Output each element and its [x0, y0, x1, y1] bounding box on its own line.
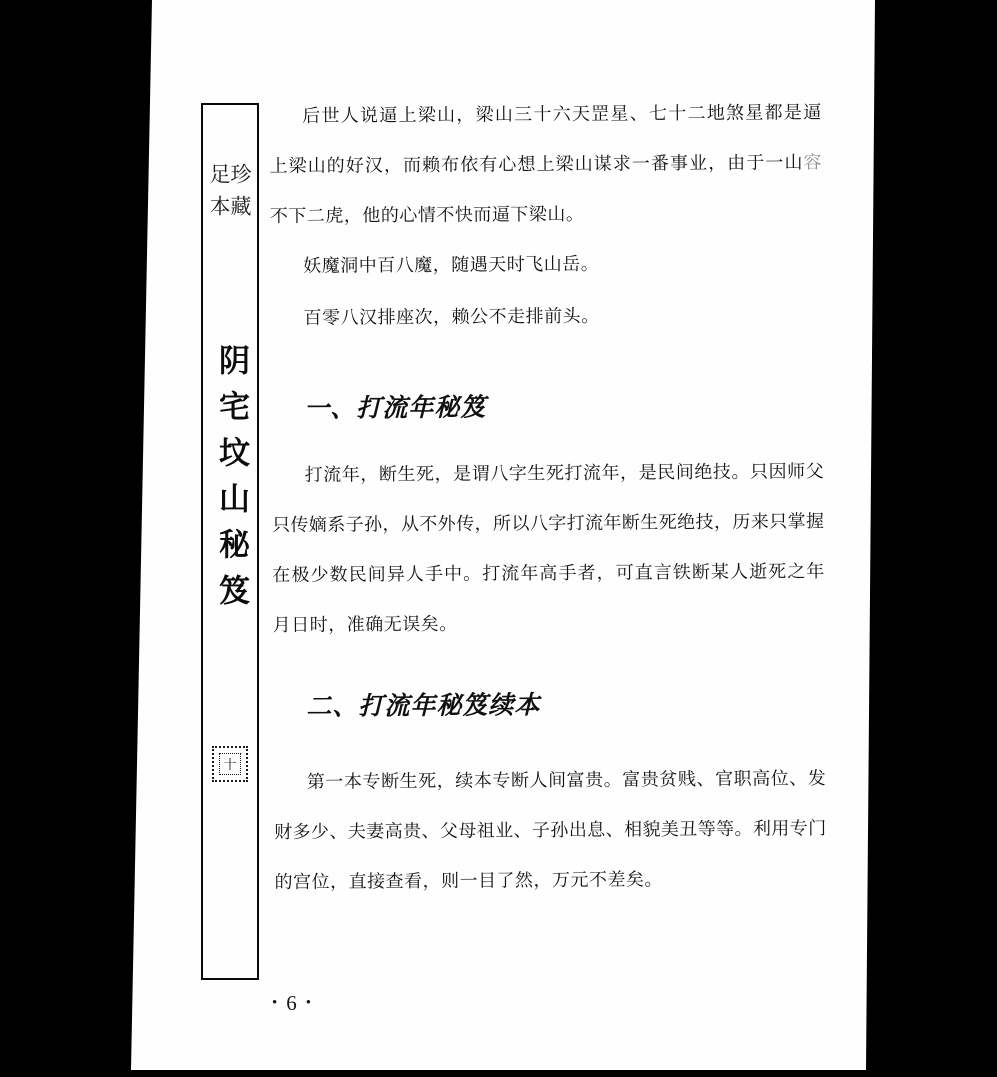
- body-line: 上梁山的好汉，而赖布依有心想上梁山谋求一番事业，由于一山容: [269, 149, 821, 179]
- section-heading-2: 二、打流年秘笈续本: [273, 689, 825, 723]
- body-line-text: 上梁山的好汉，而赖布依有心想上梁山谋求一番事业，由于一山: [269, 152, 803, 176]
- faded-character: 容: [803, 152, 821, 172]
- page-number-value: 6: [286, 991, 297, 1015]
- body-line: 后世人说逼上梁山，梁山三十六天罡星、七十二地煞星都是逼: [269, 99, 821, 129]
- body-line: 妖魔洞中百八魔，随遇天时飞山岳。: [270, 249, 822, 279]
- scanned-book-page: 珍藏足本 阴宅坟山秘笈 十 后世人说逼上梁山，梁山三十六天罡星、七十二地煞星都是…: [0, 0, 997, 1077]
- body-line: 百零八汉排座次，赖公不走排前头。: [270, 301, 822, 331]
- body-line: 在极少数民间异人手中。打流年高手者，可直言铁断某人逝死之年: [272, 558, 824, 588]
- body-line: 第一本专断生死，续本专断人间富贵。富贵贫贱、官职高位、发: [274, 765, 826, 795]
- body-line: 财多少、夫妻高贵、父母祖业、子孙出息、相貌美丑等等。利用专门: [274, 815, 826, 845]
- page-number-bullet: •: [272, 991, 277, 1015]
- body-line: 月日时，准确无误矣。: [273, 608, 825, 638]
- body-text-block: 后世人说逼上梁山，梁山三十六天罡星、七十二地煞星都是逼 上梁山的好汉，而赖布依有…: [0, 0, 997, 1077]
- body-line: 只传嫡系子孙，从不外传，所以八字打流年断生死绝技，历来只掌握: [272, 508, 824, 538]
- body-line smudge: 打流年，断生死，是谓八字生死打流年，是民间绝技。只因师父: [272, 458, 824, 488]
- body-line: 不下二虎，他的心情不快而逼下梁山。: [270, 199, 822, 229]
- page-number: • 6 •: [272, 991, 392, 1015]
- page-number-bullet: •: [306, 991, 311, 1015]
- section-heading-1: 一、打流年秘笈: [271, 391, 823, 425]
- body-line: 的宫位，直接查看，则一目了然，万元不差矣。: [274, 865, 826, 895]
